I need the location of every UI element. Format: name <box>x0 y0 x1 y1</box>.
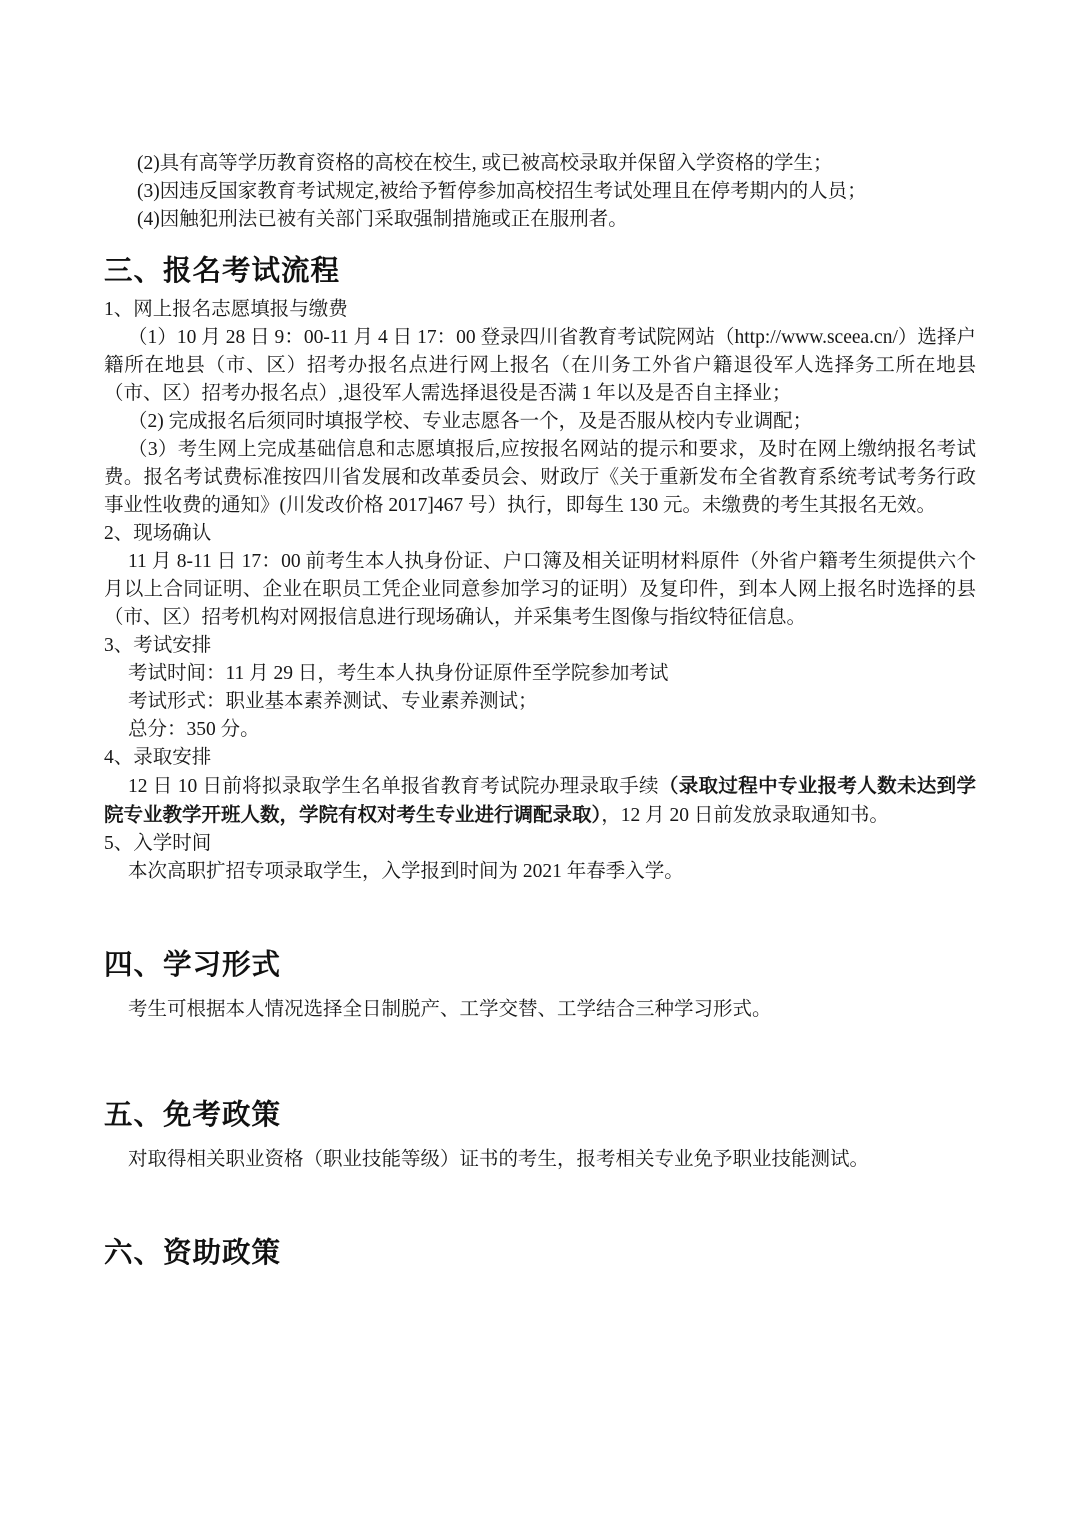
subsection-title-online-registration: 1、网上报名志愿填报与缴费 <box>104 296 976 324</box>
paragraph-admission-arrangement: 12 日 10 日前将拟录取学生名单报省教育考试院办理录取手续（录取过程中专业报… <box>104 772 976 830</box>
subsection-admission-arrangement: 4、录取安排 12 日 10 日前将拟录取学生名单报省教育考试院办理录取手续（录… <box>104 744 976 830</box>
line-exam-format: 考试形式：职业基本素养测试、专业素养测试； <box>104 688 976 716</box>
exclusion-item-4: (4)因触犯刑法已被有关部门采取强制措施或正在服刑者。 <box>104 206 976 234</box>
subsection-enrollment-time: 5、入学时间 本次高职扩招专项录取学生，入学报到时间为 2021 年春季入学。 <box>104 830 976 886</box>
eligibility-exclusion-list: (2)具有高等学历教育资格的高校在校生, 或已被高校录取并保留入学资格的学生； … <box>104 150 976 234</box>
subsection-title-exam-arrangement: 3、考试安排 <box>104 632 976 660</box>
admission-text-prefix: 12 日 10 日前将拟录取学生名单报省教育考试院办理录取手续 <box>128 776 659 797</box>
subsection-online-registration: 1、网上报名志愿填报与缴费 （1）10 月 28 日 9：00-11 月 4 日… <box>104 296 976 520</box>
line-exam-time: 考试时间：11 月 29 日，考生本人执身份证原件至学院参加考试 <box>104 660 976 688</box>
exclusion-item-2: (2)具有高等学历教育资格的高校在校生, 或已被高校录取并保留入学资格的学生； <box>104 150 976 178</box>
section-heading-study-format: 四、学习形式 <box>104 944 976 986</box>
subsection-title-onsite-confirmation: 2、现场确认 <box>104 520 976 548</box>
admission-text-suffix: ，12 月 20 日前发放录取通知书。 <box>601 805 889 826</box>
paragraph-registration-step3: （3）考生网上完成基础信息和志愿填报后,应按报名网站的提示和要求，及时在网上缴纳… <box>104 436 976 520</box>
subsection-onsite-confirmation: 2、现场确认 11 月 8-11 日 17：00 前考生本人执身份证、户口簿及相… <box>104 520 976 632</box>
document-page: (2)具有高等学历教育资格的高校在校生, 或已被高校录取并保留入学资格的学生； … <box>0 0 1080 1527</box>
line-total-score: 总分：350 分。 <box>104 716 976 744</box>
paragraph-study-format: 考生可根据本人情况选择全日制脱产、工学交替、工学结合三种学习形式。 <box>104 996 976 1024</box>
section-heading-exemption-policy: 五、免考政策 <box>104 1094 976 1136</box>
section-heading-subsidy-policy: 六、资助政策 <box>104 1232 976 1274</box>
paragraph-registration-step2: （2) 完成报名后须同时填报学校、专业志愿各一个，及是否服从校内专业调配； <box>104 408 976 436</box>
subsection-title-enrollment-time: 5、入学时间 <box>104 830 976 858</box>
section-heading-registration-exam-process: 三、报名考试流程 <box>104 250 976 292</box>
subsection-title-admission-arrangement: 4、录取安排 <box>104 744 976 772</box>
paragraph-onsite-confirmation: 11 月 8-11 日 17：00 前考生本人执身份证、户口簿及相关证明材料原件… <box>104 548 976 632</box>
paragraph-enrollment-time: 本次高职扩招专项录取学生，入学报到时间为 2021 年春季入学。 <box>104 858 976 886</box>
exclusion-item-3: (3)因违反国家教育考试规定,被给予暂停参加高校招生考试处理且在停考期内的人员； <box>104 178 976 206</box>
subsection-exam-arrangement: 3、考试安排 考试时间：11 月 29 日，考生本人执身份证原件至学院参加考试 … <box>104 632 976 744</box>
paragraph-registration-step1: （1）10 月 28 日 9：00-11 月 4 日 17：00 登录四川省教育… <box>104 324 976 408</box>
paragraph-exemption-policy: 对取得相关职业资格（职业技能等级）证书的考生，报考相关专业免予职业技能测试。 <box>104 1146 976 1174</box>
